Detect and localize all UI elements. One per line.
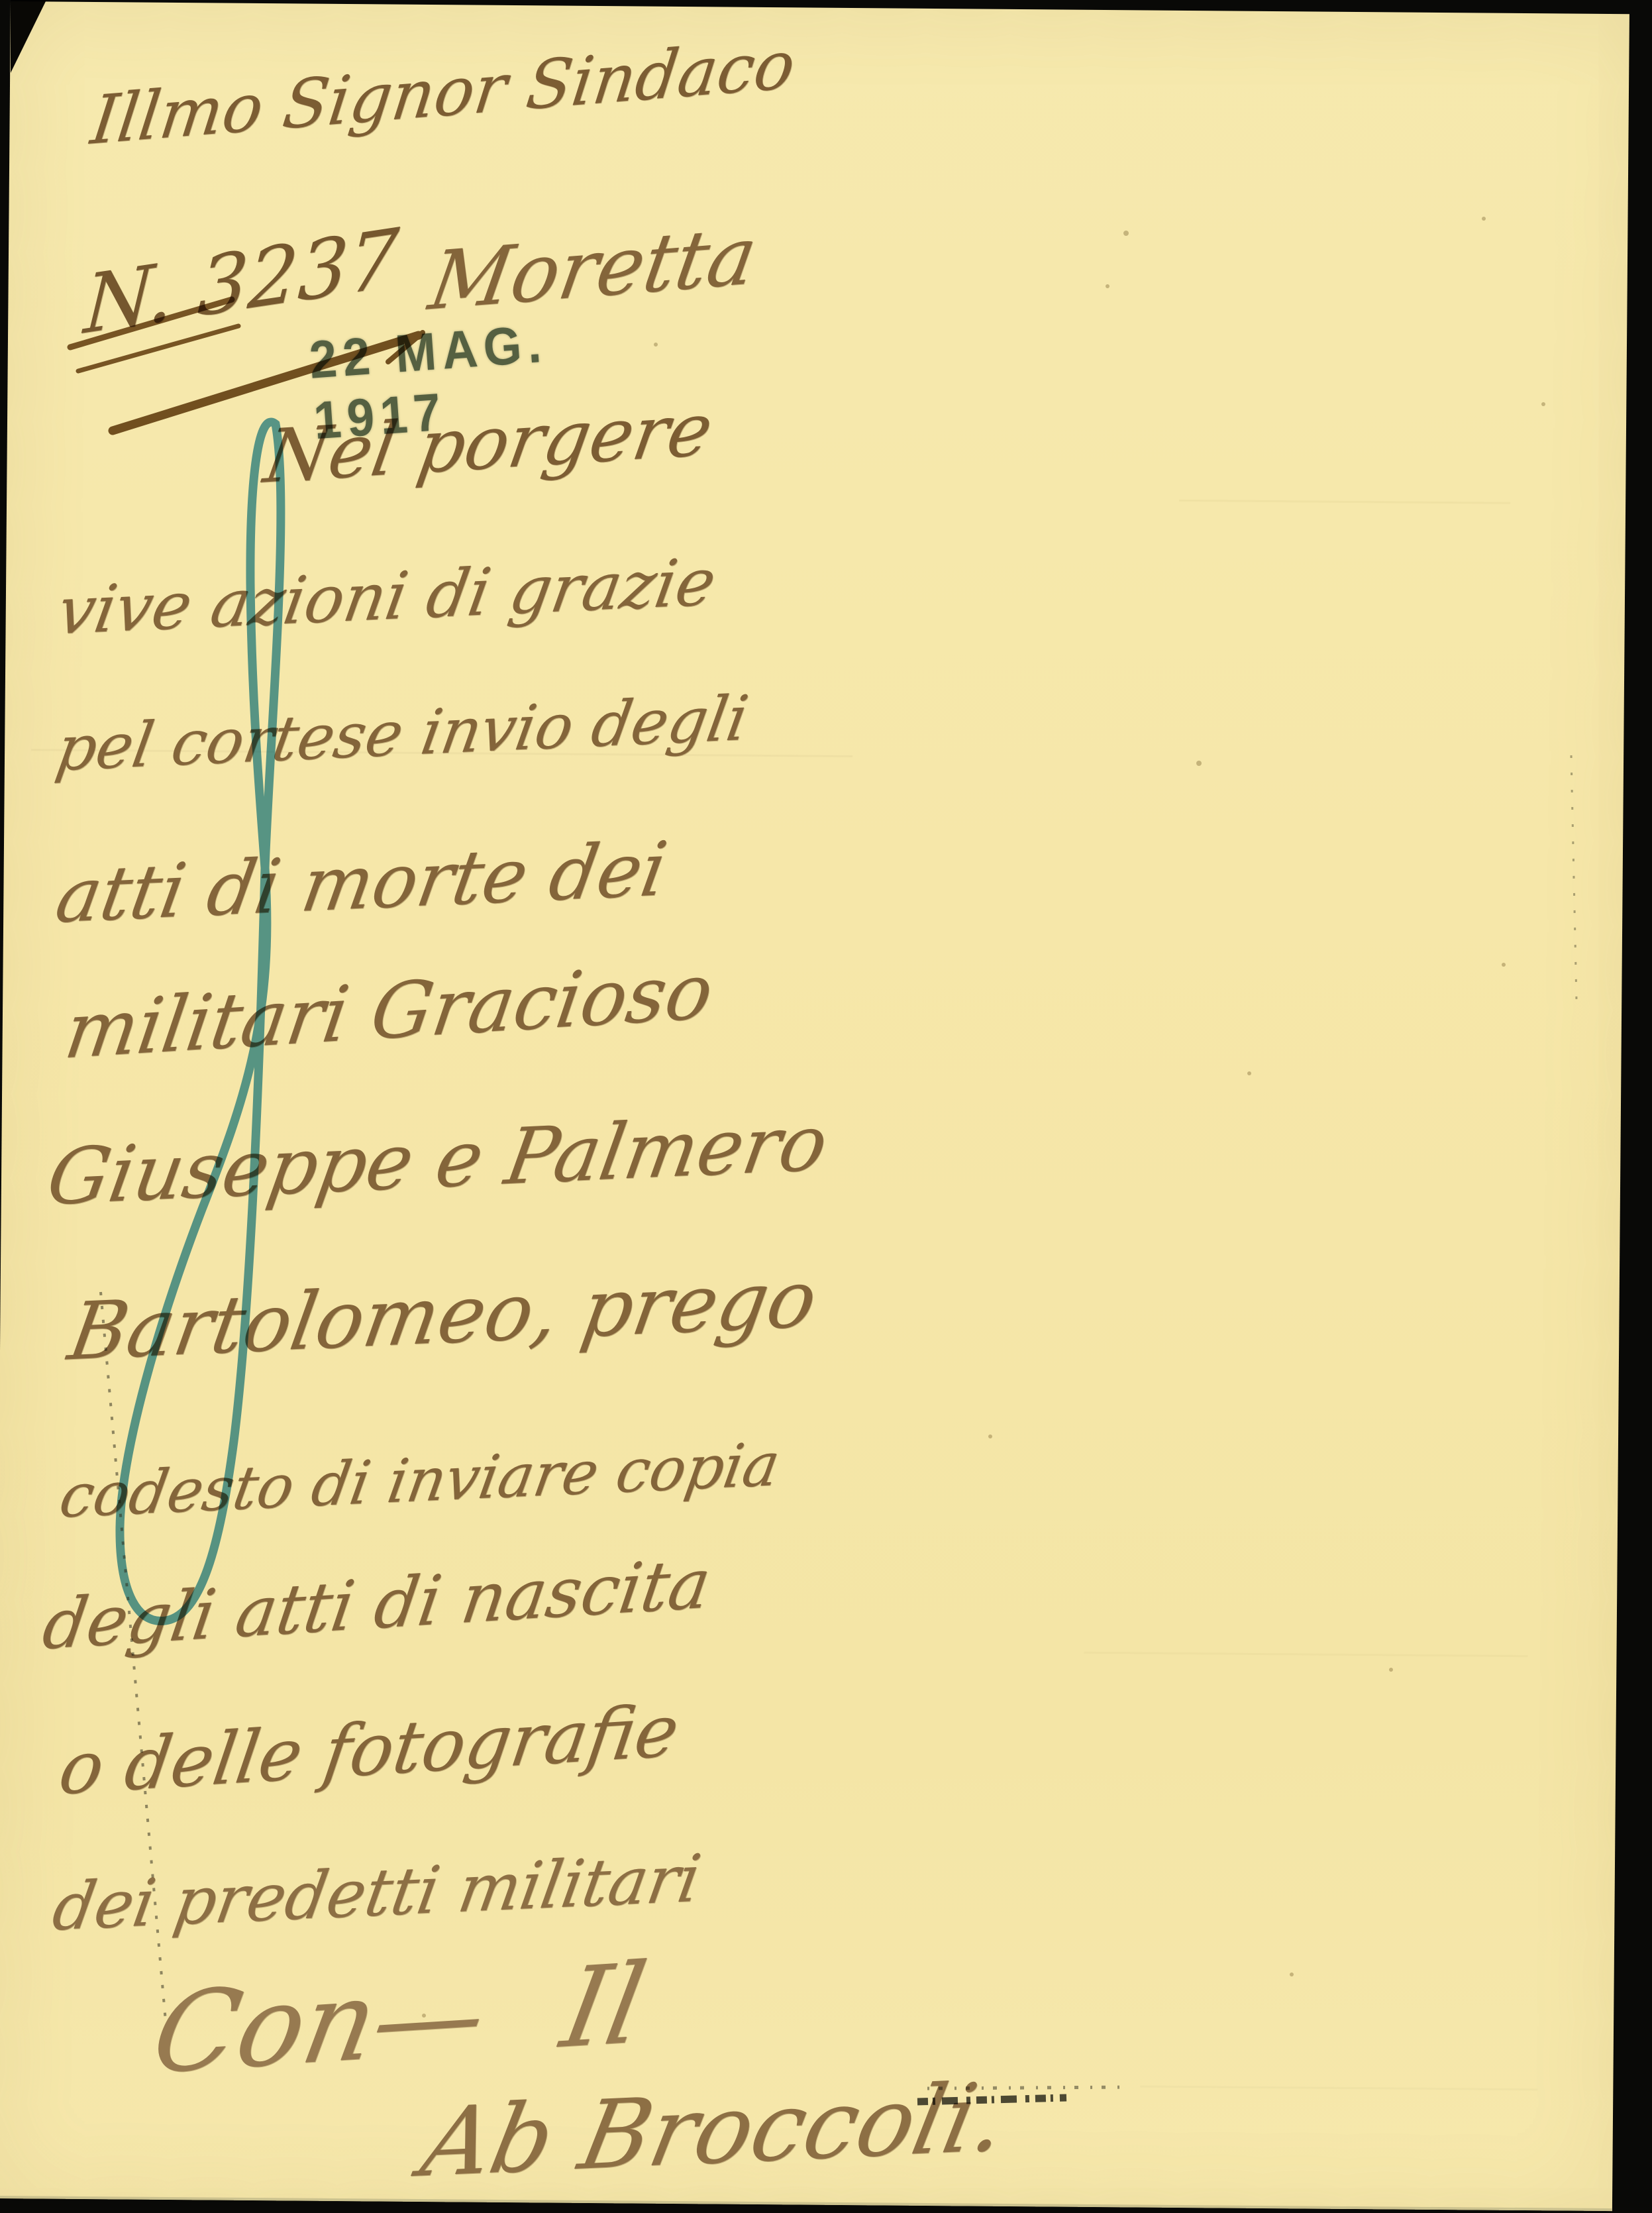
scanned-document: Illmo Signor Sindaco N. 3237 Moretta Nel…	[0, 0, 1652, 2213]
ink-and-pencil-overlay	[0, 0, 1652, 2213]
corner-notch	[11, 0, 46, 73]
fold-dotted-line	[101, 1292, 166, 2021]
ink-smudge	[927, 2087, 1126, 2088]
paper-speckles	[422, 217, 1545, 2018]
underline-stroke	[70, 299, 232, 347]
fold-dotted-line	[1571, 755, 1576, 1000]
ink-smudge	[917, 2098, 1066, 2102]
underline-stroke	[78, 326, 238, 371]
blue-pencil-mark	[120, 422, 281, 1621]
